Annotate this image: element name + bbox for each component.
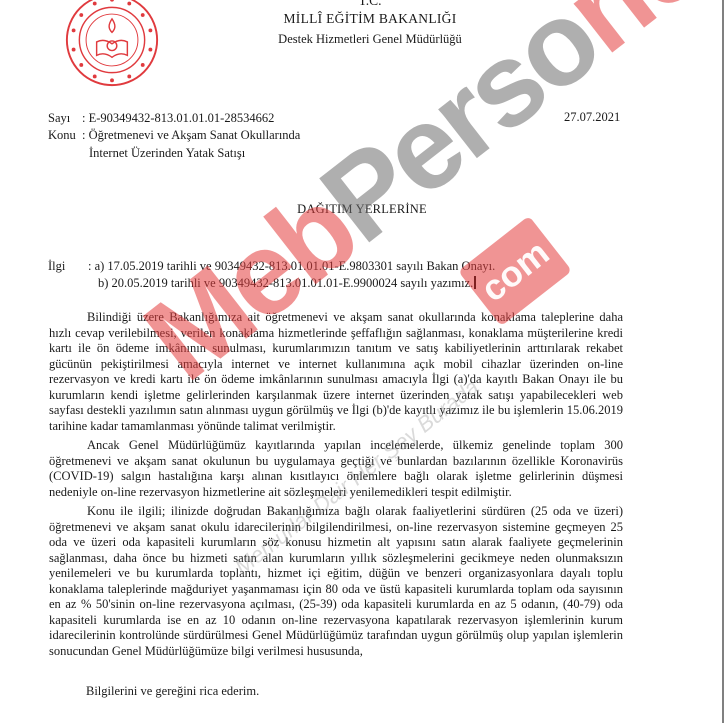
document-body: Bilindiği üzere Bakanlığımıza ait öğretm…	[49, 310, 623, 663]
document-page: T.C. MİLLÎ EĞİTİM BAKANLIĞI Destek Hizme…	[0, 0, 724, 723]
header-ministry: MİLLÎ EĞİTİM BAKANLIĞI	[220, 10, 520, 28]
header-directorate: Destek Hizmetleri Genel Müdürlüğü	[220, 30, 520, 48]
ilgi-label: İlgi	[48, 258, 88, 275]
ilgi-a-row: İlgi: a) 17.05.2019 tarihli ve 90349432-…	[48, 258, 495, 275]
konu-row: Konu: Öğretmenevi ve Akşam Sanat Okullar…	[48, 127, 300, 144]
sayi-value: : E-90349432-813.01.01.01-28534662	[82, 111, 274, 125]
sayi-row: Sayı: E-90349432-813.01.01.01-28534662	[48, 110, 274, 127]
distribution-title: DAĞITIM YERLERİNE	[0, 202, 724, 217]
paragraph-3: Konu ile ilgili; ilinizde doğrudan Bakan…	[49, 504, 623, 659]
header-tc: T.C.	[220, 0, 520, 10]
sayi-label: Sayı	[48, 110, 82, 127]
ilgi-b: b) 20.05.2019 tarihli ve 90349432-813.01…	[98, 276, 473, 290]
paragraph-1: Bilindiği üzere Bakanlığımıza ait öğretm…	[49, 310, 623, 434]
paragraph-2: Ancak Genel Müdürlüğümüz kayıtlarında ya…	[49, 438, 623, 500]
konu-label: Konu	[48, 127, 82, 144]
ilgi-b-row: b) 20.05.2019 tarihli ve 90349432-813.01…	[98, 275, 476, 292]
document-date: 27.07.2021	[564, 110, 620, 125]
closing-line: Bilgilerini ve gereğini rica ederim.	[86, 684, 259, 699]
ministry-seal-logo	[64, 0, 160, 88]
text-cursor	[474, 276, 476, 289]
konu-value-line2: İnternet Üzerinden Yatak Satışı	[89, 145, 245, 162]
konu-value-line1: : Öğretmenevi ve Akşam Sanat Okullarında	[82, 128, 300, 142]
ilgi-a: : a) 17.05.2019 tarihli ve 90349432-813.…	[88, 259, 495, 273]
